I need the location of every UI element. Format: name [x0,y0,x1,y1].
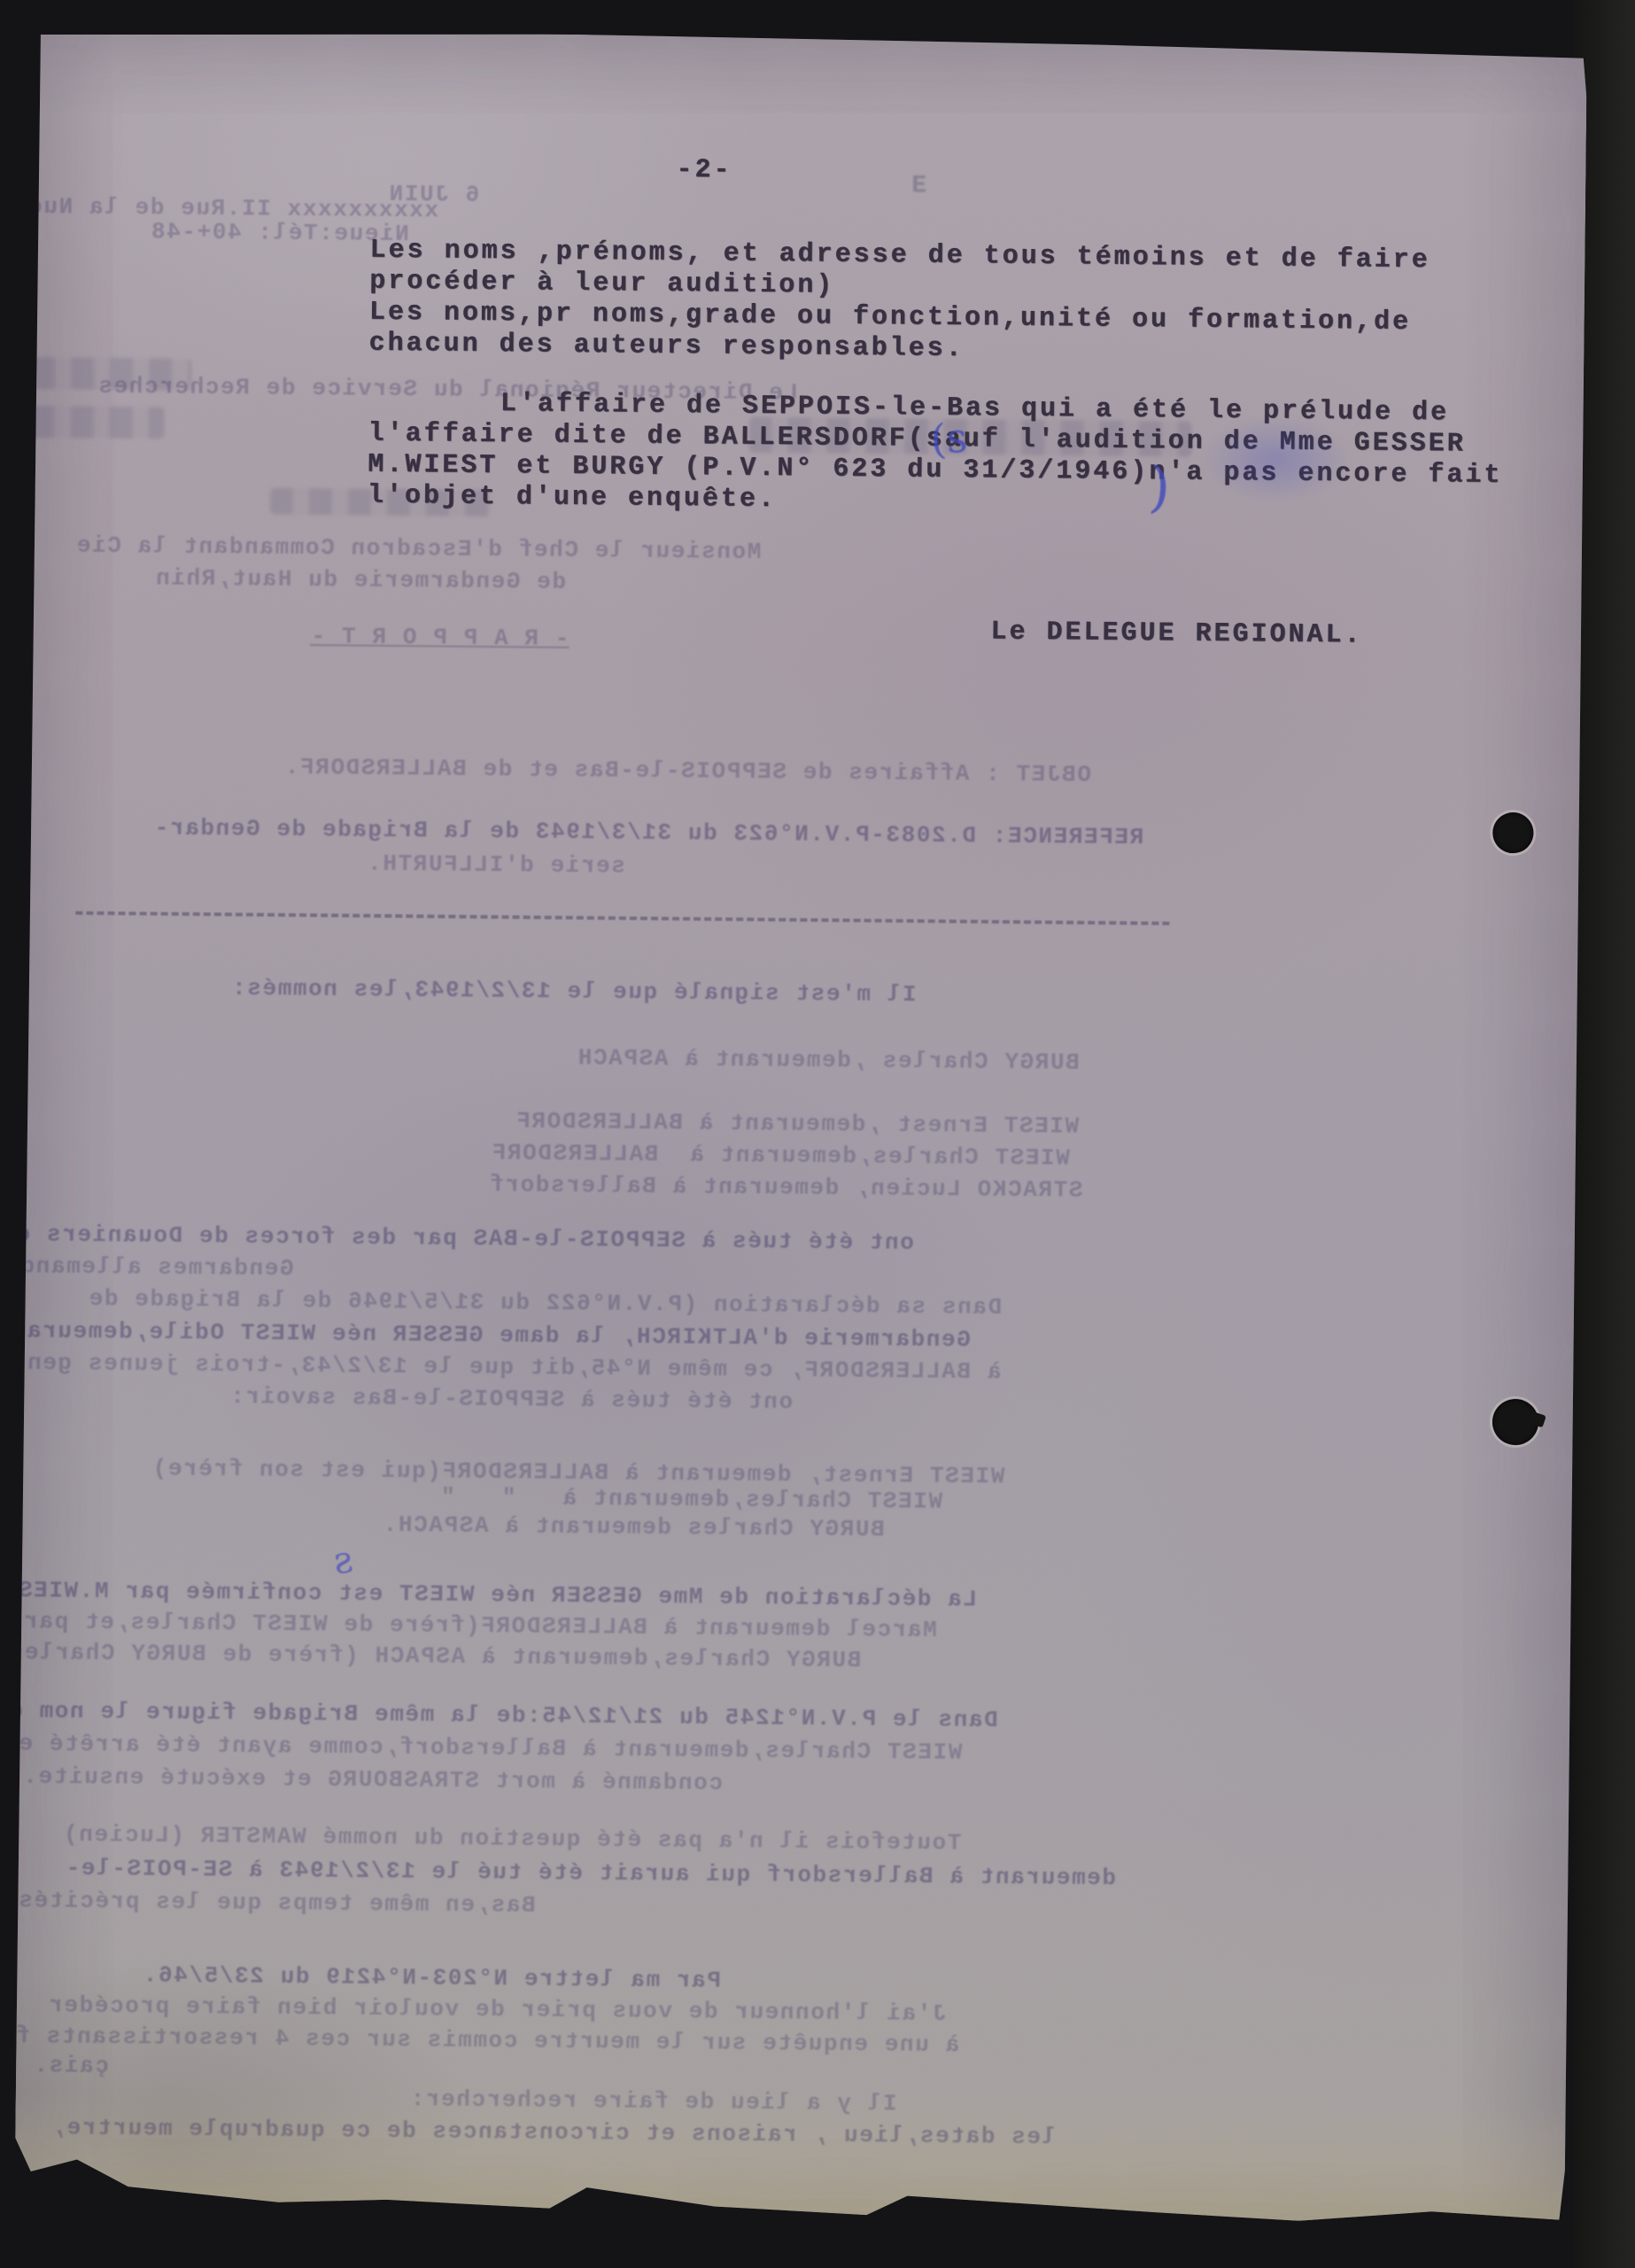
blue-ink-paren: ) [1147,454,1173,520]
document-page: -2- E 6 JUIN xxxxxxxxxx II.Rue de la Nué… [14,29,1587,2240]
bleedthrough-line: BURGY Charles,demeurant à ASPACH (frère … [121,1640,861,1674]
bleedthrough-line: WIEST Charles,demeurant à BALLERSDORF [640,1141,1070,1172]
bleedthrough-line: ont été tués à SEPPOIS-le-Bas savoir: [279,1384,793,1416]
punch-hole [1492,1399,1538,1445]
signature-line: Le DELEGUE REGIONAL. [990,617,1362,650]
bleedthrough-line: demeurant à Ballersdorf qui aurait été t… [18,1854,1116,1891]
bleedthrough-line: WIEST Ernest ,demeurant à BALLERSDORF [649,1109,1079,1140]
typed-line: chacun des auteurs responsables. [368,329,964,364]
bleedthrough-line: ont été tués à SEPPOIS-le-BAS par des fo… [42,1221,914,1255]
bleedthrough-line: serie d'ILLFURTH. [360,850,625,880]
bleedthrough-line: Nieue:Tél: 40+-48 [117,218,409,247]
bleedthrough-line: BURGY Charles demeurant à ASPACH. [70,1508,885,1542]
bleedthrough-line: J'ai l'honneur de vous prier de vouloir … [51,1992,946,2027]
bleedthrough-line: Bas,en même temps que les précités. [18,1887,536,1919]
bleedthrough-line: Par ma lettre N°203-N°4219 du 23/5/46. [247,1962,721,1993]
typed-line: l'objet d'une enquête. [368,481,777,515]
bleedthrough-line: les dates,lieu , raisons et circonstance… [46,2114,1056,2150]
margin-smudge [32,406,165,439]
typed-line: procéder à leur audition) [369,267,834,301]
bleedthrough-line: Il y a lieu de faire rechercher: [418,2085,896,2117]
page-number: -2- [676,155,732,186]
punch-hole-tear [1529,1411,1546,1427]
scanned-document-photo: -2- E 6 JUIN xxxxxxxxxx II.Rue de la Nué… [0,0,1635,2268]
blue-ink-smudge [1200,415,1352,505]
bleedthrough-line: Toutefois il n'a pas été question du nom… [66,1821,961,1856]
bleedthrough-line: Gendarmes allemands. [41,1253,293,1282]
faint-char-mark: E [911,173,928,200]
bleedthrough-line: OBJET : Affaires de SEPPOIS-le-Bas et de… [241,753,1091,788]
blue-ink-correction: (s [929,414,969,463]
bleedthrough-line: à BALLERSDORF, ce même N°45,dit que le 1… [53,1349,1001,1385]
bleedthrough-line: Marcel demeurant à BALLERSDORF(frère de … [38,1608,937,1643]
bleedthrough-line: La déclaration de Mme GESSER née WIEST e… [38,1577,977,1612]
blue-ink-squiggle: s [330,1537,356,1583]
bleedthrough-line: Gendarmerie d'ALTKIRCH, la dame GESSER n… [23,1317,971,1353]
bleedthrough-line: - R A P P O R T - [276,623,569,652]
bleedthrough-line: Monsieur le Chef d'Escadron Commandant l… [79,532,761,565]
bleedthrough-line: à une enquête sur le meurtre commis sur … [16,2023,959,2058]
bleedthrough-line: condamné à mort STRASBOURG et exécuté en… [191,1765,723,1797]
dashed-separator [75,911,1169,925]
bleedthrough-line: Dans sa déclaration (P.V.N°622 du 31/5/1… [138,1285,1002,1320]
bleedthrough-line: Il m'est signalé que le 13/2/1943,les no… [216,975,916,1008]
bleedthrough-line: de Gendarmerie du Haut,Rhin [159,564,566,594]
bleedthrough-line: Dans le P.V.N°1245 du 21/12/45:de la mêm… [37,1697,998,1733]
punch-hole [1492,812,1533,853]
bleedthrough-line: WIEST Charles,demeurant à Ballersdorf,co… [36,1730,962,1766]
bleedthrough-line: çais. [16,2052,109,2079]
bleedthrough-line: REFERENCE: D.2083-P.V.N°623 du 31/3/1943… [81,814,1143,851]
bleedthrough-line: BURGY Charles ,demeurant à ASPACH [659,1045,1080,1076]
bleedthrough-line: STRACKO Lucien, demeurant à Ballersdorf [600,1172,1082,1203]
